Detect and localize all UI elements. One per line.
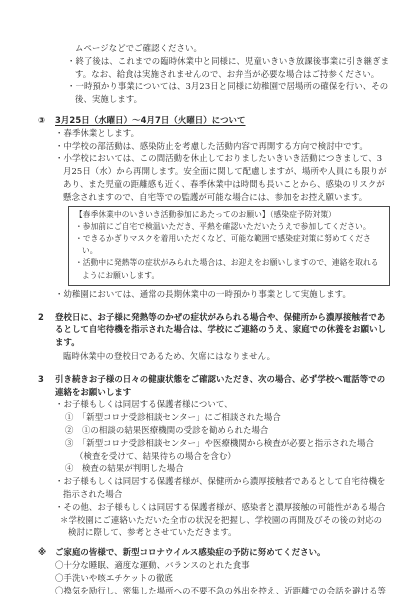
- bullet-item: ・幼稚園においては、通常の長期休業中の一時預かり事業として実施します。: [55, 288, 390, 301]
- bullet-item: ・その他、お子様もしくは同居する保護者様が、感染者と濃厚接触の可能性がある場合: [55, 501, 390, 514]
- note-text: ＊学校園にご連絡いただいた全市の状況を把握し、学校園の再開及びその後の対応の検討…: [60, 514, 390, 540]
- section-number: 2: [38, 311, 55, 349]
- bullet-item: ・お子様もしくは同居する保護者様が、保健所から濃厚接触者であるとして自宅待機を指…: [55, 475, 390, 501]
- section-2-note: 臨時休業中の登校日であるため、欠席にはなりません。: [63, 350, 390, 363]
- section-3-heading: 引き続きお子様の日々の健康状態をご確認いただき、次の場合、必ず学校へ電話等での連…: [55, 373, 390, 399]
- numbered-item: ① 「新型コロナ受診相談センター」にご相談された場合: [65, 411, 390, 424]
- info-box-item: ・できるかぎりマスクを着用いただくなど、可能な範囲で感染症対策に努めてください。: [75, 233, 383, 257]
- kome-section: ※ ご家庭の皆様で、新型コロナウイルス感染症の予防に努めてください。: [38, 546, 390, 559]
- numbered-item: ④ 検査の結果が判明した場合: [65, 462, 390, 475]
- kome-marker: ※: [38, 546, 55, 559]
- bullet-item: ・終了後は、これまでの臨時休業中と同様に、児童いきいき放課後事業に引き継ぎます。…: [67, 55, 390, 81]
- section-3: 3 引き続きお子様の日々の健康状態をご確認いただき、次の場合、必ず学校へ電話等で…: [38, 373, 390, 399]
- section-2-heading: 登校日に、お子様に発熱等のかぜの症状がみられる場合や、保健所から濃厚接触者である…: [55, 311, 390, 349]
- section-maru3-heading: ③ 3月25日（水曜日）～4月7日（火曜日）について: [38, 114, 390, 127]
- continuation-text: ムページなどでご確認ください。: [67, 42, 390, 55]
- section-3-body: ・お子様もしくは同居する保護者様について、: [55, 398, 390, 411]
- section-number: 3: [38, 373, 55, 399]
- circled-3-marker: ③: [38, 114, 55, 127]
- info-box-item: ・参加前にご自宅で検温いただき、平熱を確認いただいたうえで参加してください。: [75, 221, 383, 233]
- prevention-item: 〇十分な睡眠、適度な運動、バランスのとれた食事: [55, 559, 390, 572]
- bullet-item: ・お子様もしくは同居する保護者様について、: [55, 398, 390, 411]
- numbered-item: ② ①の相談の結果医療機関の受診を勧められた場合: [65, 424, 390, 437]
- bullet-item: ・中学校の部活動は、感染防止を考慮した活動内容で再開する方向で検討中です。: [55, 140, 390, 153]
- prevention-list: 〇十分な睡眠、適度な運動、バランスのとれた食事 〇手洗いや咳エチケットの徹底 〇…: [55, 559, 390, 594]
- info-box-title: 【春季休業中のいきいき活動参加にあたってのお願い】（感染症予防対策）: [75, 209, 383, 221]
- section-maru3-title: 3月25日（水曜日）～4月7日（火曜日）について: [55, 114, 246, 127]
- prevention-item: 〇換気を励行し、密集した場所への不要不急の外出を控え、近距離での会話を避ける等: [55, 585, 390, 594]
- numbered-item: ③ 「新型コロナ受診相談センター」や医療機関から検査が必要と指示された場合（検査…: [65, 437, 390, 463]
- kome-heading: ご家庭の皆様で、新型コロナウイルス感染症の予防に努めてください。: [55, 546, 390, 559]
- top-continuation-block: ムページなどでご確認ください。 ・終了後は、これまでの臨時休業中と同様に、児童い…: [67, 42, 390, 106]
- numbered-case-list: ① 「新型コロナ受診相談センター」にご相談された場合 ② ①の相談の結果医療機関…: [65, 411, 390, 475]
- prevention-item: 〇手洗いや咳エチケットの徹底: [55, 572, 390, 585]
- bullet-item: ・一時預かり事業については、3月23日と同様に幼稚園で居場所の確保を行い、その後…: [67, 80, 390, 106]
- section-3-bullets: ・お子様もしくは同居する保護者様が、保健所から濃厚接触者であるとして自宅待機を指…: [55, 475, 390, 513]
- section-maru3-body: ・春季休業とします。 ・中学校の部活動は、感染防止を考慮した活動内容で再開する方…: [55, 127, 390, 204]
- info-box: 【春季休業中のいきいき活動参加にあたってのお願い】（感染症予防対策） ・参加前に…: [68, 206, 390, 286]
- bullet-item: ・春季休業とします。: [55, 127, 390, 140]
- info-box-item: ・活動中に発熱等の症状がみられた場合は、お迎えをお願いしますので、連絡を取れるよ…: [75, 257, 383, 281]
- asterisk-note: ＊学校園にご連絡いただいた全市の状況を把握し、学校園の再開及びその後の対応の検討…: [60, 514, 390, 540]
- bullet-item: ・小学校においては、この間活動を休止しておりましたいきいき活動につきまして、3月…: [55, 152, 390, 203]
- section-2: 2 登校日に、お子様に発熱等のかぜの症状がみられる場合や、保健所から濃厚接触者で…: [38, 311, 390, 349]
- document-page: ムページなどでご確認ください。 ・終了後は、これまでの臨時休業中と同様に、児童い…: [0, 0, 420, 594]
